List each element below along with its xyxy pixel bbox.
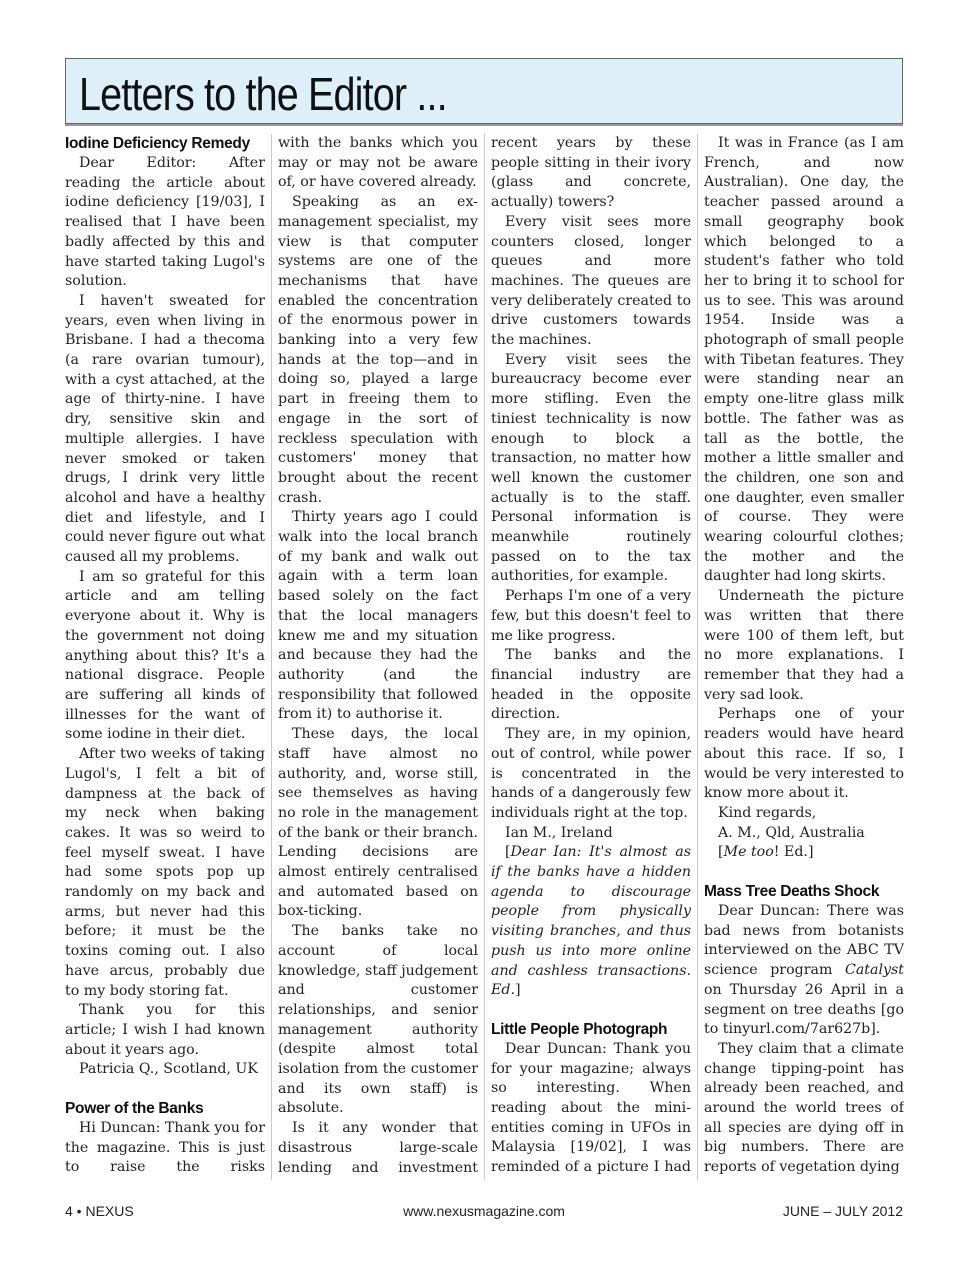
page-footer: 4 • NEXUS www.nexusmagazine.com JUNE – J… — [65, 1203, 903, 1223]
letter-signature: Ian M., Ireland — [491, 824, 691, 844]
letter-paragraph: with the banks which you may or may not … — [278, 134, 478, 193]
letter-paragraph: Thank you for this article; I wish I had… — [65, 1001, 265, 1060]
letter-paragraph: Dear Editor: After reading the article a… — [65, 154, 265, 292]
editor-note: [Dear Ian: It's almost as if the banks h… — [491, 843, 691, 1001]
letter-paragraph: The banks take no account of local knowl… — [278, 922, 478, 1119]
letter-paragraph: Hi Duncan: Thank you for the magazine. T… — [65, 1119, 265, 1180]
column-divider — [271, 134, 272, 1180]
column-4: It was in France (as I am French, and no… — [704, 134, 904, 1180]
letter-paragraph: After two weeks of taking Lugol's, I fel… — [65, 745, 265, 1001]
page-title-banner: Letters to the Editor ... — [65, 58, 903, 124]
column-3: recent years by these people sitting in … — [491, 134, 691, 1180]
letter-paragraph: I am so grateful for this article and am… — [65, 568, 265, 745]
letter-paragraph: Is it any wonder that disastrous large-s… — [278, 1119, 478, 1180]
column-1: Iodine Deficiency Remedy Dear Editor: Af… — [65, 134, 265, 1180]
letter-heading: Mass Tree Deaths Shock — [704, 882, 904, 902]
letter-heading: Little People Photograph — [491, 1020, 691, 1040]
letter-signature: A. M., Qld, Australia — [704, 824, 904, 844]
letter-paragraph: Speaking as an ex-management specialist,… — [278, 193, 478, 508]
program-name: Catalyst — [845, 962, 904, 978]
column-2: with the banks which you may or may not … — [278, 134, 478, 1180]
letter-closing: Kind regards, — [704, 804, 904, 824]
letter-heading: Power of the Banks — [65, 1099, 265, 1119]
column-divider — [484, 134, 485, 1180]
letter-paragraph: It was in France (as I am French, and no… — [704, 134, 904, 587]
letter-paragraph: Perhaps I'm one of a very few, but this … — [491, 587, 691, 646]
column-divider — [697, 134, 698, 1180]
page-title: Letters to the Editor ... — [79, 65, 447, 123]
letter-paragraph: Dear Duncan: There was bad news from bot… — [704, 902, 904, 1040]
letter-paragraph: The banks and the financial industry are… — [491, 646, 691, 725]
article-columns: Iodine Deficiency Remedy Dear Editor: Af… — [65, 134, 905, 1180]
letter-paragraph: Every visit sees more counters closed, l… — [491, 213, 691, 351]
letter-heading: Iodine Deficiency Remedy — [65, 134, 265, 154]
editor-note: [Me too! Ed.] — [704, 843, 904, 863]
letter-paragraph: These days, the local staff have almost … — [278, 725, 478, 922]
letter-paragraph: Underneath the picture was written that … — [704, 587, 904, 705]
website-link[interactable]: www.nexusmagazine.com — [65, 1203, 903, 1219]
letter-paragraph: Dear Duncan: Thank you for your magazine… — [491, 1040, 691, 1180]
letter-paragraph: I haven't sweated for years, even when l… — [65, 292, 265, 568]
letter-paragraph: Thirty years ago I could walk into the l… — [278, 508, 478, 725]
letter-paragraph: Perhaps one of your readers would have h… — [704, 705, 904, 804]
letter-paragraph: recent years by these people sitting in … — [491, 134, 691, 213]
issue-date: JUNE – JULY 2012 — [783, 1203, 903, 1219]
letter-paragraph: Every visit sees the bureaucracy become … — [491, 351, 691, 587]
letter-paragraph: They are, in my opinion, out of control,… — [491, 725, 691, 824]
letter-signature: Patricia Q., Scotland, UK — [65, 1060, 265, 1080]
letter-paragraph: They claim that a climate change tipping… — [704, 1040, 904, 1178]
